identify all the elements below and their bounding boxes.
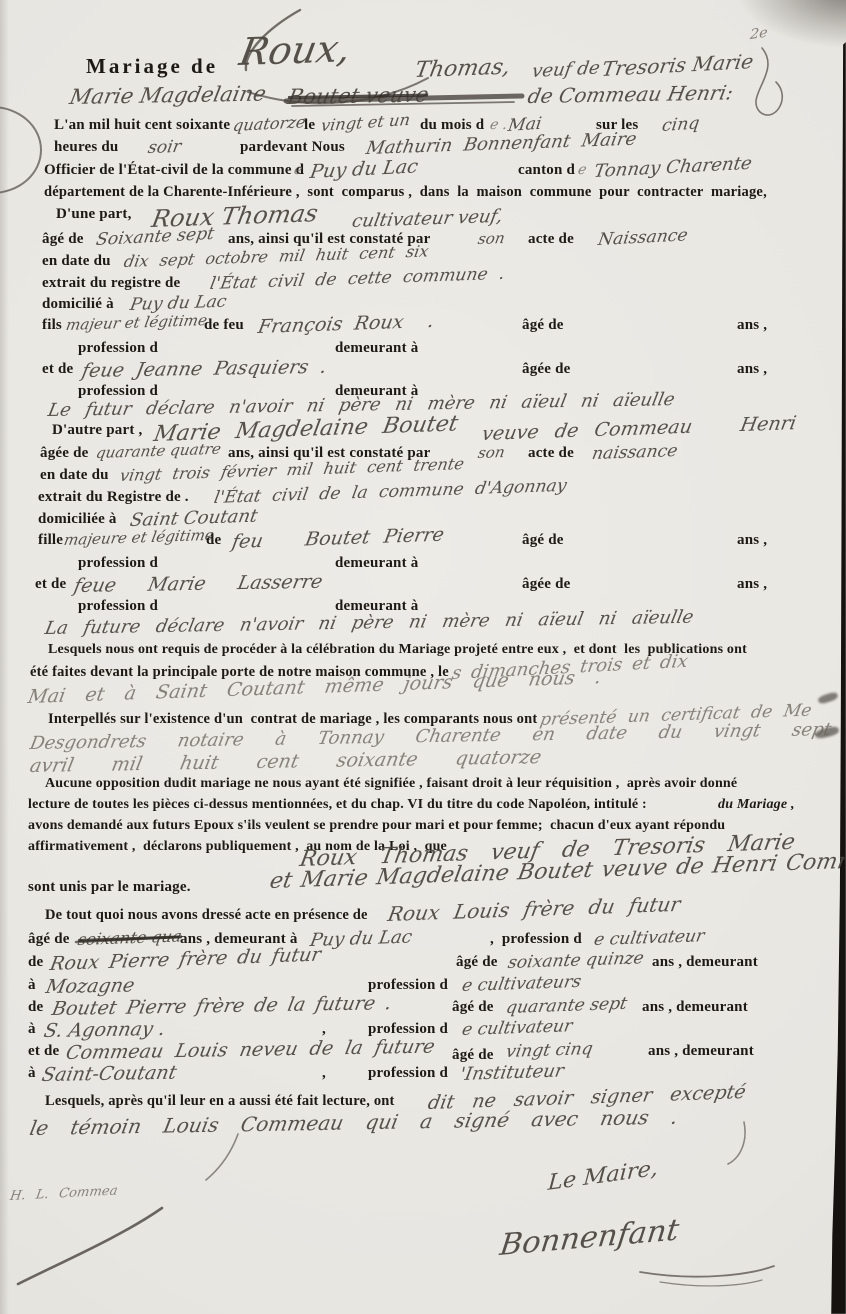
printed-text: sont unis par le mariage.	[28, 880, 191, 896]
printed-text: âgée de	[522, 577, 570, 593]
printed-text: canton d	[518, 163, 575, 179]
signature-flourish	[18, 1208, 162, 1284]
handwritten-text: son	[477, 445, 506, 462]
scan-edge-shadow-right	[828, 0, 846, 1314]
handwritten-text: soixante quinze	[506, 950, 645, 973]
printed-text: avons demandé aux futurs Epoux s'ils veu…	[28, 819, 725, 834]
printed-text: profession d	[78, 341, 158, 357]
handwritten-text: quarante quatre	[95, 442, 223, 462]
printed-text: L'an mil huit cent soixante	[54, 118, 230, 134]
handwritten-text: Boutet Pierre frère de la future .	[50, 994, 393, 1020]
printed-text: lecture de toutes les pièces ci-dessus m…	[28, 798, 647, 813]
printed-text: département de la Charente-Inférieure , …	[44, 185, 767, 200]
handwritten-text: Naissance	[597, 227, 689, 249]
printed-text: et de	[42, 362, 73, 378]
handwritten-text: e cultivateur	[460, 1018, 573, 1040]
handwritten-text: e cultivateurs	[460, 974, 582, 996]
scan-edge-shadow-left	[0, 0, 9, 1314]
printed-text: âgée de	[522, 362, 570, 378]
handwritten-text: Boutet veuve	[286, 84, 431, 108]
printed-text: , profession d	[490, 932, 582, 948]
handwritten-text: vingt et un	[320, 112, 411, 135]
printed-text: et de	[28, 1044, 59, 1060]
handwritten-text: naissance	[590, 443, 678, 464]
printed-text: et de	[35, 577, 66, 593]
printed-text: à	[28, 1066, 36, 1082]
handwritten-text: Roux Louis frère du futur	[386, 894, 682, 925]
handwritten-text: dix sept octobre mil huit cent six	[123, 243, 430, 270]
printed-text: ans , demeurant	[642, 1000, 748, 1016]
handwritten-text: Saint-Coutant	[40, 1064, 178, 1086]
printed-text: âgé de	[522, 533, 564, 549]
handwritten-text: Soixante sept	[95, 226, 216, 250]
printed-text: âgé de	[452, 1048, 494, 1064]
handwritten-text: le témoin Louis Commeau qui a signé avec…	[28, 1107, 680, 1139]
printed-text: à	[28, 978, 36, 994]
handwritten-text: Thomas,	[413, 56, 512, 82]
handwritten-text: 2e	[749, 26, 768, 43]
handwritten-text: feu Boutet Pierre	[230, 526, 445, 553]
printed-text: domicilié à	[42, 297, 114, 313]
handwritten-text: François Roux .	[256, 312, 435, 338]
handwritten-text: Bonnenfant	[498, 1215, 681, 1262]
printed-text: ,	[322, 1022, 326, 1038]
printed-text: extrait du Registre de .	[38, 490, 189, 506]
signature-underline	[660, 1280, 762, 1286]
printed-text: âgé de	[452, 1000, 494, 1016]
printed-text: domiciliée à	[38, 512, 117, 528]
handwritten-text: Puy du Lac	[308, 928, 413, 950]
printed-text: fils	[42, 318, 62, 334]
printed-text: fille	[38, 533, 63, 549]
handwritten-text: 'Instituteur	[458, 1062, 565, 1084]
handwritten-text: majeur et légitime	[65, 313, 209, 334]
handwritten-text: son	[477, 231, 506, 248]
printed-text: de	[206, 533, 221, 549]
printed-text: profession d	[368, 1066, 448, 1082]
printed-text: en date du	[40, 468, 109, 484]
printed-text: ans ,	[737, 577, 767, 593]
handwritten-text: e	[576, 163, 587, 178]
handwritten-text: Le Maire,	[547, 1157, 659, 1195]
printed-text: acte de	[528, 446, 574, 462]
printed-text: acte de	[528, 232, 574, 248]
handwritten-text: quarante sept	[504, 996, 628, 1018]
handwritten-text: Mozagne	[44, 976, 136, 997]
printed-text: en date du	[42, 254, 111, 270]
printed-text: de	[28, 1000, 43, 1016]
printed-text: Mariage de	[86, 55, 218, 77]
handwritten-text: Roux,	[236, 29, 353, 73]
printed-text: ans ,	[737, 318, 767, 334]
printed-text: Aucune opposition dudit mariage ne nous …	[45, 777, 737, 792]
handwritten-text: feue Jeanne Pasquiers .	[80, 358, 328, 382]
document-page: 2eMariage deRoux,Thomas,veuf deTresoris …	[0, 0, 846, 1314]
signature-underline	[640, 1266, 774, 1277]
printed-text: âgé de	[28, 932, 70, 948]
printed-text: de feu	[204, 318, 244, 334]
handwritten-text: e .	[488, 118, 508, 133]
printed-text: âgé de	[456, 955, 498, 971]
handwritten-text: de Commeau Henri:	[526, 82, 735, 107]
printed-text: D'une part,	[56, 207, 132, 223]
handwritten-text: veuf de	[530, 60, 601, 82]
handwritten-text: veuve de Commeau Henri	[480, 414, 797, 445]
handwritten-text: H. L. Commea	[9, 1184, 119, 1203]
printed-text: extrait du registre de	[42, 276, 180, 292]
printed-text: ,	[322, 1066, 326, 1082]
printed-text: Lesquels, après qu'il leur en a aussi ét…	[45, 1094, 395, 1109]
printed-text: à	[28, 1022, 36, 1038]
printed-text: demeurant à	[335, 556, 418, 572]
handwritten-text: cultivateur veuf,	[350, 208, 504, 232]
handwritten-text: Commeau Louis neveu de la future	[64, 1038, 436, 1064]
handwritten-text: quatorze	[232, 114, 307, 135]
handwritten-text: Tonnay Charente	[592, 155, 753, 182]
handwritten-text: l'État civil de la commune d'Agonnay	[212, 478, 567, 508]
embossed-stamp	[0, 106, 42, 194]
printed-text: ans ,	[737, 533, 767, 549]
handwritten-text: Puy du Lac	[308, 157, 419, 183]
printed-text: ans , demeurant	[648, 1044, 754, 1060]
printed-text: du Mariage ,	[718, 798, 795, 813]
handwritten-text: e cultivateur	[592, 928, 705, 950]
handwritten-text: Mathurin Bonnenfant Maire	[364, 131, 637, 159]
flourish-stroke	[206, 1134, 238, 1180]
printed-text: Officier de l'État-civil de la commune d	[44, 163, 304, 179]
printed-text: demeurant à	[335, 341, 418, 357]
printed-text: ans ,	[737, 362, 767, 378]
printed-text: âgé de	[42, 232, 84, 248]
handwritten-text: Marie Magdelaine	[68, 83, 268, 108]
printed-text: profession d	[78, 599, 158, 615]
printed-text: le	[304, 118, 315, 134]
printed-text: pardevant Nous	[240, 140, 345, 156]
printed-text: ans , demeurant	[652, 955, 758, 971]
ink-smudge	[817, 691, 838, 705]
printed-text: profession d	[78, 556, 158, 572]
handwritten-text: l'État civil de cette commune .	[208, 266, 506, 294]
handwritten-text: vingt cinq	[504, 1041, 594, 1062]
printed-text: heures du	[54, 140, 118, 156]
handwritten-text: soixante qua	[77, 928, 184, 948]
handwritten-text: majeure et légitime	[63, 528, 216, 549]
printed-text: du mois d	[420, 118, 484, 134]
printed-text: de	[28, 955, 43, 971]
handwritten-text: S. Agonnay .	[42, 1020, 167, 1042]
handwritten-text: soir	[146, 139, 182, 158]
printed-text: D'autre part ,	[52, 423, 142, 439]
handwritten-text: feue Marie Lasserre	[72, 573, 324, 597]
printed-text: âgée de	[40, 446, 88, 462]
handwritten-text: cinq	[661, 115, 701, 135]
flourish-stroke	[728, 1122, 745, 1164]
handwritten-text: Roux Pierre frère du futur	[48, 946, 322, 975]
handwritten-text: Tresoris Marie	[600, 51, 755, 80]
printed-text: De tout quoi nous avons dressé acte en p…	[45, 908, 368, 923]
printed-text: âgé de	[522, 318, 564, 334]
